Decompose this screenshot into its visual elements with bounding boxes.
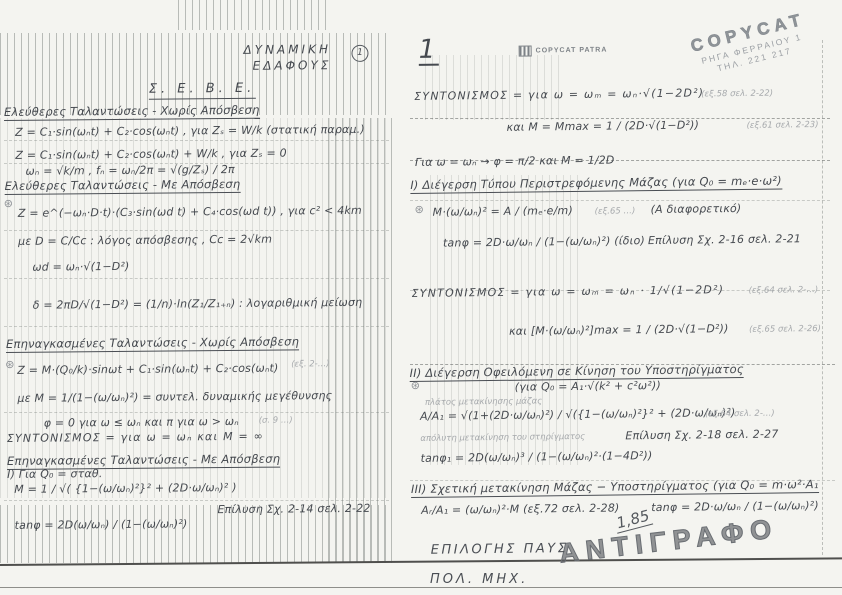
ruling-line <box>4 412 389 413</box>
equation: tanφ = 2D·ω/ωₙ / (1−(ω/ωₙ)²) (ίδιο) <box>443 235 645 250</box>
pencil-note: απόλυτη μετακίνηση του στηρίγματος <box>420 432 585 444</box>
pencil-note: πλάτος μετακίνησης μάζας <box>425 396 542 407</box>
pencil-reference: (εξ. 2-…) <box>291 359 329 369</box>
copycat-address-stamp: COPYCAT ΡΗΓΑ ΦΕΡΡΑΙΟΥ 1 ΤΗΛ. 221 217 <box>663 3 838 84</box>
section-heading-relative-motion: III) Σχετική μετακίνηση Μάζας − Υποστηρί… <box>411 478 819 498</box>
grid-lines <box>328 118 392 563</box>
ruling-line <box>4 500 389 501</box>
equation: A/A₁ = √(1+(2D·ω/ωₙ)²) / √({1−(ω/ωₙ)²}² … <box>420 407 736 423</box>
antigrafo-copy-stamp: ΑΝΤΙΓΡΑΦΟ <box>558 513 780 569</box>
margin-star-mark: ⊛ <box>415 203 424 216</box>
pencil-reference: (εξ.61 σελ. 2-23) <box>747 120 819 131</box>
margin-star-mark: ⊛ <box>411 379 420 392</box>
equation: M = 1 / √( {1−(ω/ωₙ)²}² + (2D·ω/ωₙ)² ) <box>14 482 237 497</box>
pencil-reference: (σ. 9 …) <box>259 415 293 425</box>
solution-reference: Επίλυση Σχ. 2-18 σελ. 2-27 <box>625 429 778 444</box>
ruling-line <box>4 326 389 327</box>
equation-condition: (για Q₀ = A₁·√(k² + c²ω²)) <box>515 380 661 394</box>
equation: tanφ = 2D(ω/ωₙ) / (1−(ω/ωₙ)²) <box>15 518 188 532</box>
section-heading-free-damped: Ελεύθερες Ταλαντώσεις - Με Απόσβεση <box>5 178 241 195</box>
equation: M·(ω/ωₙ)² = A / (mₑ·e/m) <box>433 205 573 219</box>
equation: και [M·(ω/ωₙ)²]max = 1 / (2D·√(1−D²)) <box>509 323 729 338</box>
notes-title: Σ. Ε. Β. Ε. <box>149 82 256 100</box>
margin-star-mark: ⊛ <box>4 197 13 210</box>
ruling-line <box>410 200 830 201</box>
pencil-reference: (εξ.65 …) <box>595 206 636 216</box>
equation: ωd = ωₙ·√(1−D²) <box>32 261 129 274</box>
page-corner-mark: 1 <box>418 37 438 66</box>
section-heading-forced-undamped: Επηναγκασμένες Ταλαντώσεις - Χωρίς Απόσβ… <box>6 335 299 353</box>
pencil-reference: (εξ.64 σελ. 2-…) <box>749 285 819 296</box>
pencil-reference: (εξ.65 σελ. 2-26) <box>749 324 821 335</box>
equation: φ = 0 για ω ≤ ωₙ και π για ω > ωₙ <box>44 416 239 430</box>
ruling-line <box>4 230 389 231</box>
footer-department-label: ΠΟΛ. ΜΗΧ. <box>430 572 528 587</box>
equation: Για ω = ωₙ → φ = π/2 και M = 1/2D <box>415 155 615 170</box>
equation: Z = M·(Q₀/k)·sinωt + C₁·sin(ωₙt) + C₂·co… <box>17 363 278 378</box>
footer-course-label: ΕΠΙΛΟΓΗΣ ΠΑΥΣ <box>431 541 569 558</box>
case-item: I) Για Q₀ = σταθ. <box>7 468 102 481</box>
section-heading-free-undamped: Ελεύθερες Ταλαντώσεις - Χωρίς Απόσβεση <box>4 104 260 121</box>
margin-star-mark: ⊛ <box>5 358 14 371</box>
equation: Z = C₁·sin(ωₙt) + C₂·cos(ωₙt) + W/k , γι… <box>15 148 287 163</box>
grid-lines <box>178 0 328 30</box>
course-title-line2: ΕΔΑΦΟΥΣ <box>253 59 332 73</box>
equation: tanφ₁ = 2D(ω/ωₙ)³ / (1−(ω/ωₙ)²·(1−4D²)) <box>421 450 653 465</box>
ruling-line <box>4 140 389 141</box>
copycat-stamp-text: COPYCAT PATRA <box>536 47 608 55</box>
section-heading-rotating-mass: I) Διέγερση Τύπου Περιστρεφόμενης Μάζας … <box>410 174 782 194</box>
ruling-line <box>4 278 389 279</box>
equation: ΣΥΝΤΟΝΙΣΜΟΣ = για ω = ωₘ = ωₙ · 1/√(1−2D… <box>412 284 725 300</box>
course-title-line1: ΔΥΝΑΜΙΚΗ <box>243 43 331 58</box>
solution-reference: Επίλυση Σχ. 2-14 σελ. 2-22 <box>217 503 370 517</box>
equation: και M = Mmax = 1 / (2D·√(1−D²)) <box>507 119 700 134</box>
copycat-small-stamp: COPYCAT PATRA <box>519 45 608 57</box>
copycat-stamp-icon <box>519 46 532 57</box>
sheet-edge <box>0 587 842 588</box>
pencil-reference: (εξ.58 σελ. 2-22) <box>701 89 773 100</box>
equation: με D = C/Cc : λόγος απόσβεσης , Cc = 2√k… <box>18 234 272 249</box>
page-number-badge: 1 <box>351 45 368 62</box>
scanned-notes-sheet: ΔΥΝΑΜΙΚΗ ΕΔΑΦΟΥΣ 1 Σ. Ε. Β. Ε. Ελεύθερες… <box>0 0 842 595</box>
resonance-statement: ΣΥΝΤΟΝΙΣΜΟΣ = για ω = ωₙ και M = ∞ <box>7 431 264 446</box>
equation: tanφ = 2D·ω/ωₙ / (1−(ω/ωₙ)²) <box>651 500 819 515</box>
solution-reference: Επίλυση Σχ. 2-16 σελ. 2-21 <box>648 233 801 248</box>
equation-note: (Α διαφορετικό) <box>651 203 742 217</box>
equation: Aᵣ/A₁ = (ω/ωₙ)²·M (εξ.72 σελ. 2-28) <box>421 502 619 517</box>
equation: ΣΥΝΤΟΝΙΣΜΟΣ = για ω = ωₘ = ωₙ·√(1−2D²) <box>414 87 704 103</box>
pencil-reference: (εξ.64 σελ. 2-…) <box>705 409 775 420</box>
